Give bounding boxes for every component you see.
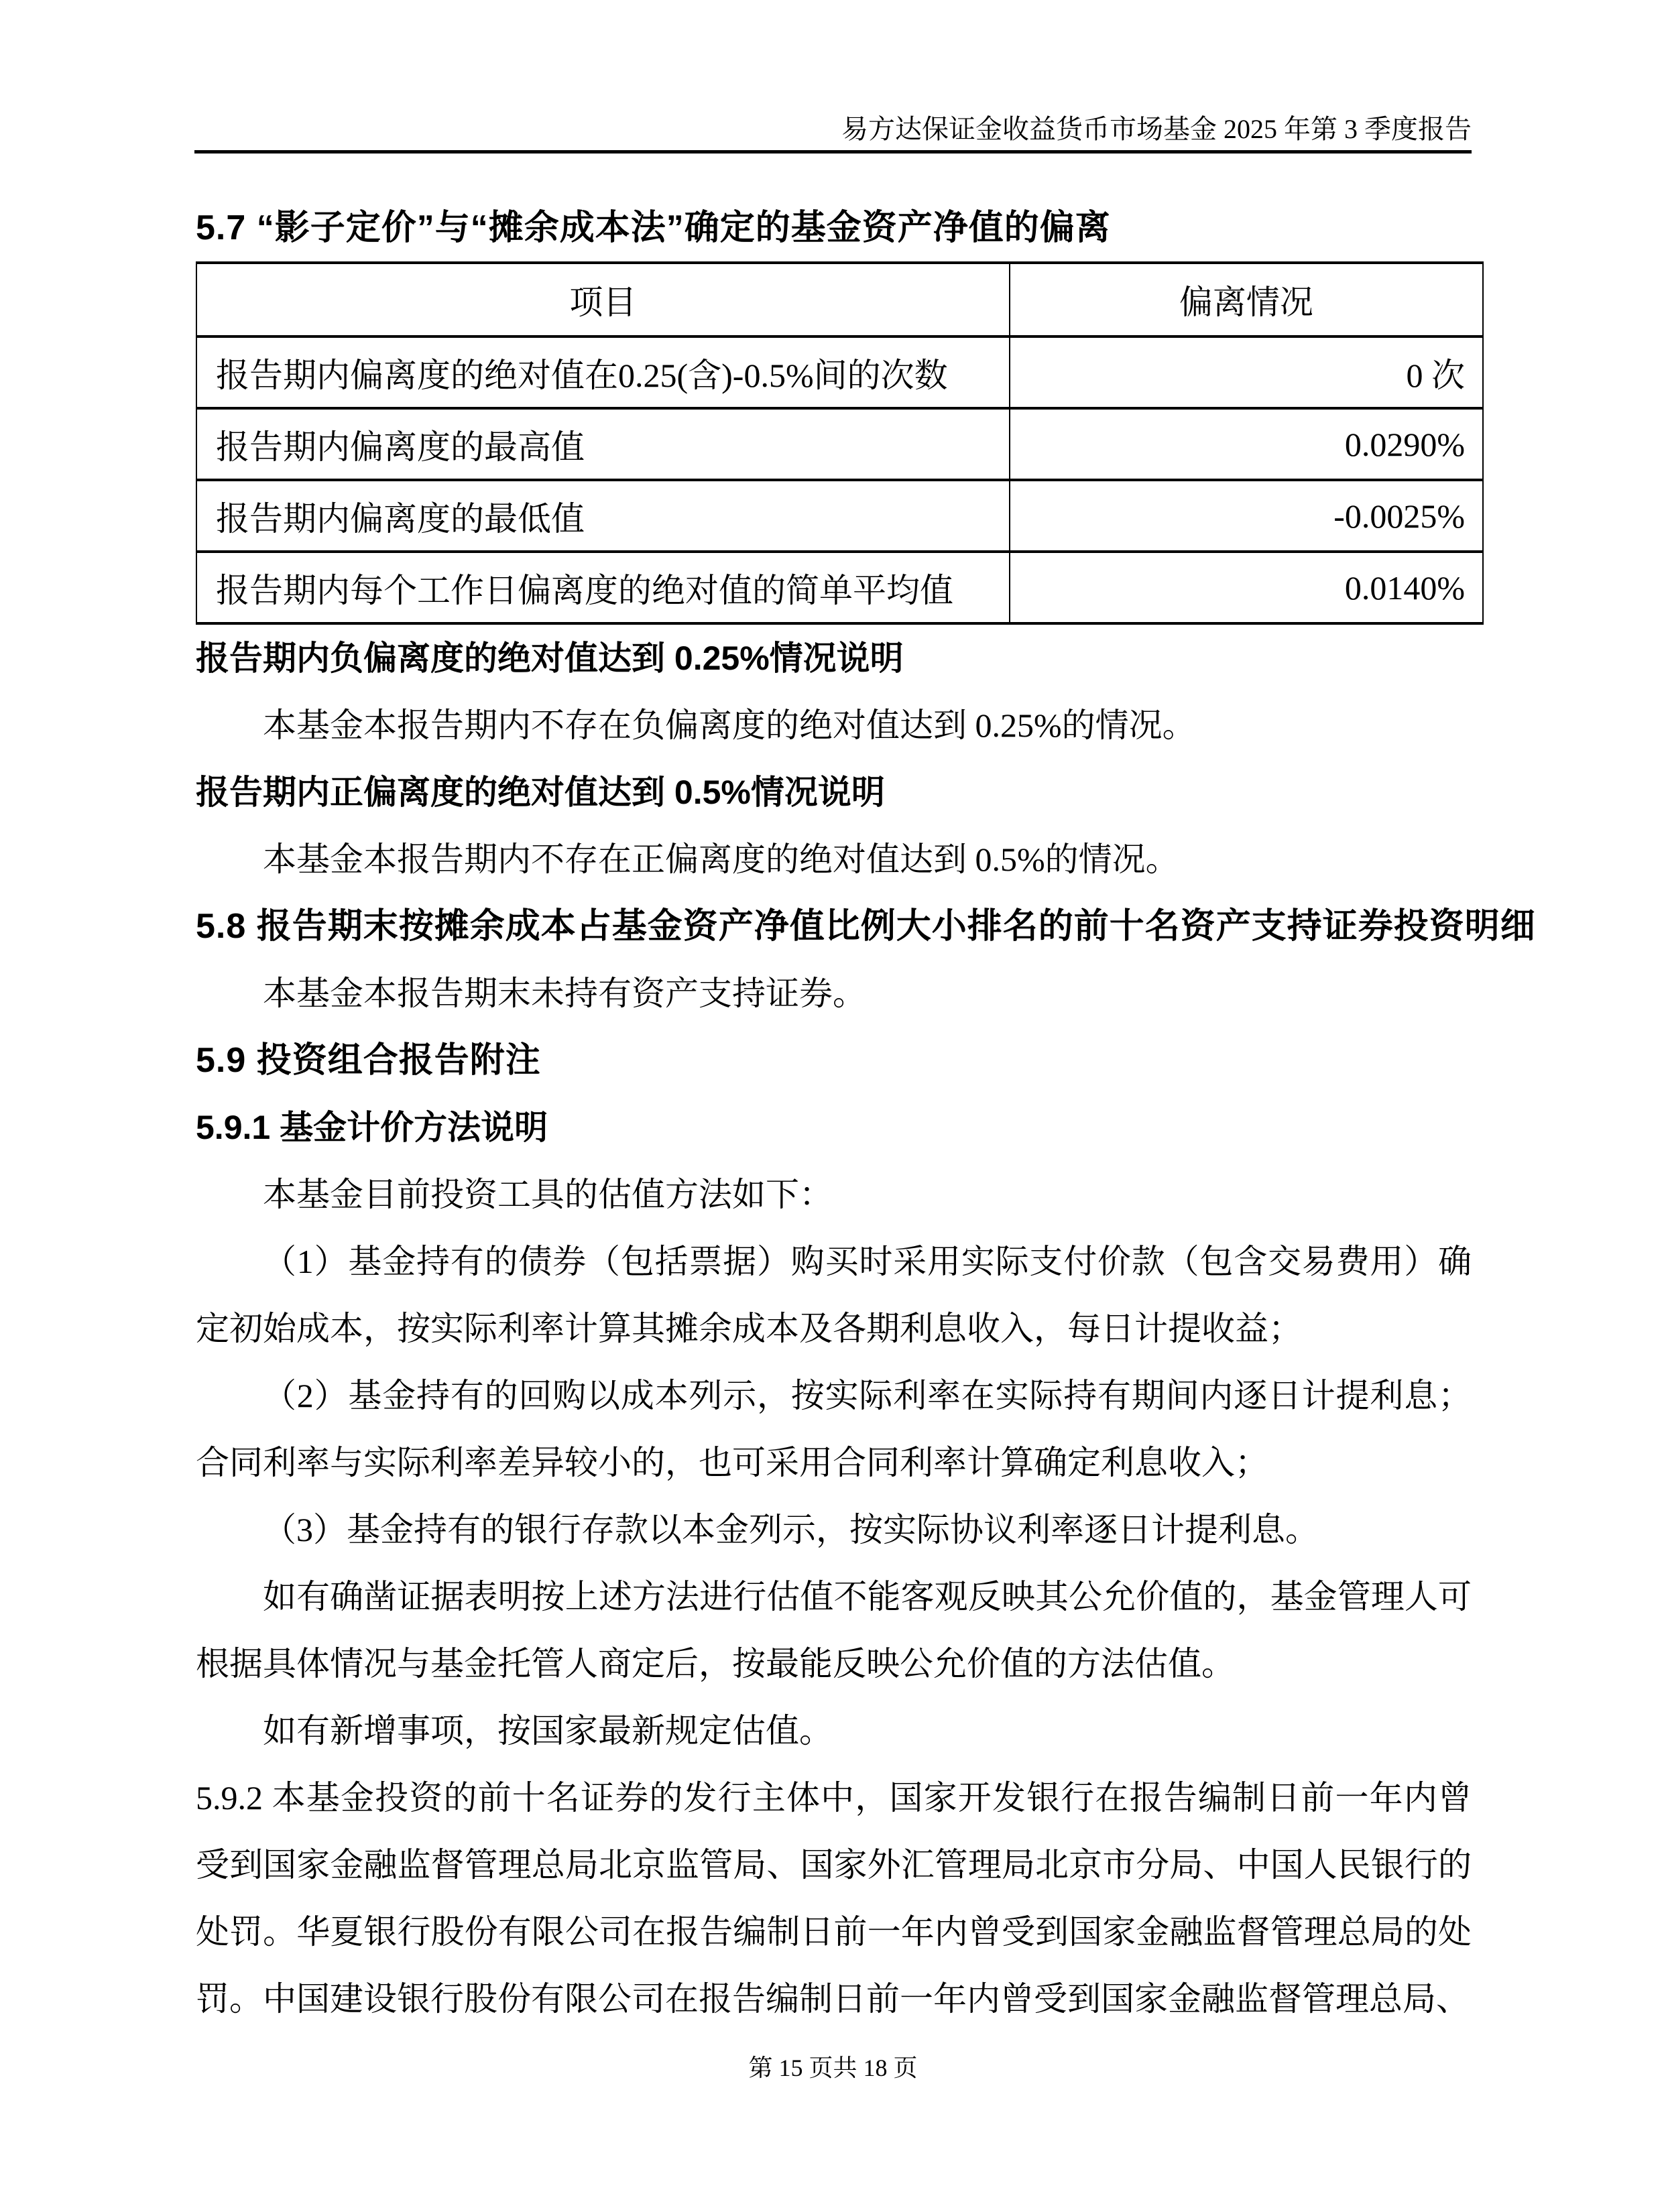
- paragraph-valuation-item-2: （2）基金持有的回购以成本列示，按实际利率在实际持有期间内逐日计提利息；合同利率…: [196, 1362, 1472, 1496]
- paragraph-valuation-newrules: 如有新增事项，按国家最新规定估值。: [196, 1697, 1472, 1764]
- paragraph-5-9-2: 5.9.2 本基金投资的前十名证券的发行主体中，国家开发银行在报告编制日前一年内…: [196, 1764, 1472, 2032]
- deviation-table: 项目 偏离情况 报告期内偏离度的绝对值在0.25(含)-0.5%间的次数 0 次…: [196, 261, 1484, 625]
- row-item-label: 报告期内偏离度的绝对值在0.25(含)-0.5%间的次数: [196, 336, 1010, 408]
- col-header-item: 项目: [196, 263, 1010, 336]
- paragraph-valuation-fairvalue: 如有确凿证据表明按上述方法进行估值不能客观反映其公允价值的，基金管理人可根据具体…: [196, 1563, 1472, 1697]
- row-deviation-value: -0.0025%: [1010, 480, 1483, 552]
- row-item-label: 报告期内偏离度的最低值: [196, 480, 1010, 552]
- paragraph-negative-deviation: 本基金本报告期内不存在负偏离度的绝对值达到 0.25%的情况。: [196, 692, 1472, 759]
- row-deviation-value: 0.0140%: [1010, 552, 1483, 623]
- paragraph-5-8: 本基金本报告期末未持有资产支持证券。: [196, 960, 1472, 1027]
- row-item-label: 报告期内偏离度的最高值: [196, 408, 1010, 480]
- row-item-label: 报告期内每个工作日偏离度的绝对值的简单平均值: [196, 552, 1010, 623]
- subsection-heading-5-9-1: 5.9.1 基金计价方法说明: [196, 1094, 1472, 1161]
- row-deviation-value: 0.0290%: [1010, 408, 1483, 480]
- section-heading-5-9: 5.9 投资组合报告附注: [196, 1027, 1472, 1094]
- paragraph-valuation-item-1: （1）基金持有的债券（包括票据）购买时采用实际支付价款（包含交易费用）确定初始成…: [196, 1228, 1472, 1362]
- page-footer: 第 15 页共 18 页: [0, 2034, 1666, 2101]
- col-header-deviation: 偏离情况: [1010, 263, 1483, 336]
- paragraph-valuation-item-3: （3）基金持有的银行存款以本金列示，按实际协议利率逐日计提利息。: [196, 1496, 1472, 1563]
- header-rule: [194, 150, 1472, 153]
- subheading-negative-deviation: 报告期内负偏离度的绝对值达到 0.25%情况说明: [196, 625, 1472, 692]
- section-heading-5-7: 5.7 “影子定价”与“摊余成本法”确定的基金资产净值的偏离: [196, 204, 1472, 251]
- table-row: 报告期内每个工作日偏离度的绝对值的简单平均值 0.0140%: [196, 552, 1483, 623]
- table-row: 报告期内偏离度的最低值 -0.0025%: [196, 480, 1483, 552]
- page-header-title: 易方达保证金收益货币市场基金 2025 年第 3 季度报告: [841, 113, 1472, 146]
- report-page: 易方达保证金收益货币市场基金 2025 年第 3 季度报告 5.7 “影子定价”…: [0, 0, 1666, 2212]
- section-heading-5-8: 5.8 报告期末按摊余成本占基金资产净值比例大小排名的前十名资产支持证券投资明细: [196, 893, 1472, 960]
- subheading-positive-deviation: 报告期内正偏离度的绝对值达到 0.5%情况说明: [196, 759, 1472, 826]
- table-row: 报告期内偏离度的最高值 0.0290%: [196, 408, 1483, 480]
- table-row: 报告期内偏离度的绝对值在0.25(含)-0.5%间的次数 0 次: [196, 336, 1483, 408]
- paragraph-positive-deviation: 本基金本报告期内不存在正偏离度的绝对值达到 0.5%的情况。: [196, 826, 1472, 893]
- paragraph-valuation-intro: 本基金目前投资工具的估值方法如下：: [196, 1161, 1472, 1228]
- table-header-row: 项目 偏离情况: [196, 263, 1483, 336]
- row-deviation-value: 0 次: [1010, 336, 1483, 408]
- page-content: 5.7 “影子定价”与“摊余成本法”确定的基金资产净值的偏离 项目 偏离情况 报…: [196, 201, 1472, 2032]
